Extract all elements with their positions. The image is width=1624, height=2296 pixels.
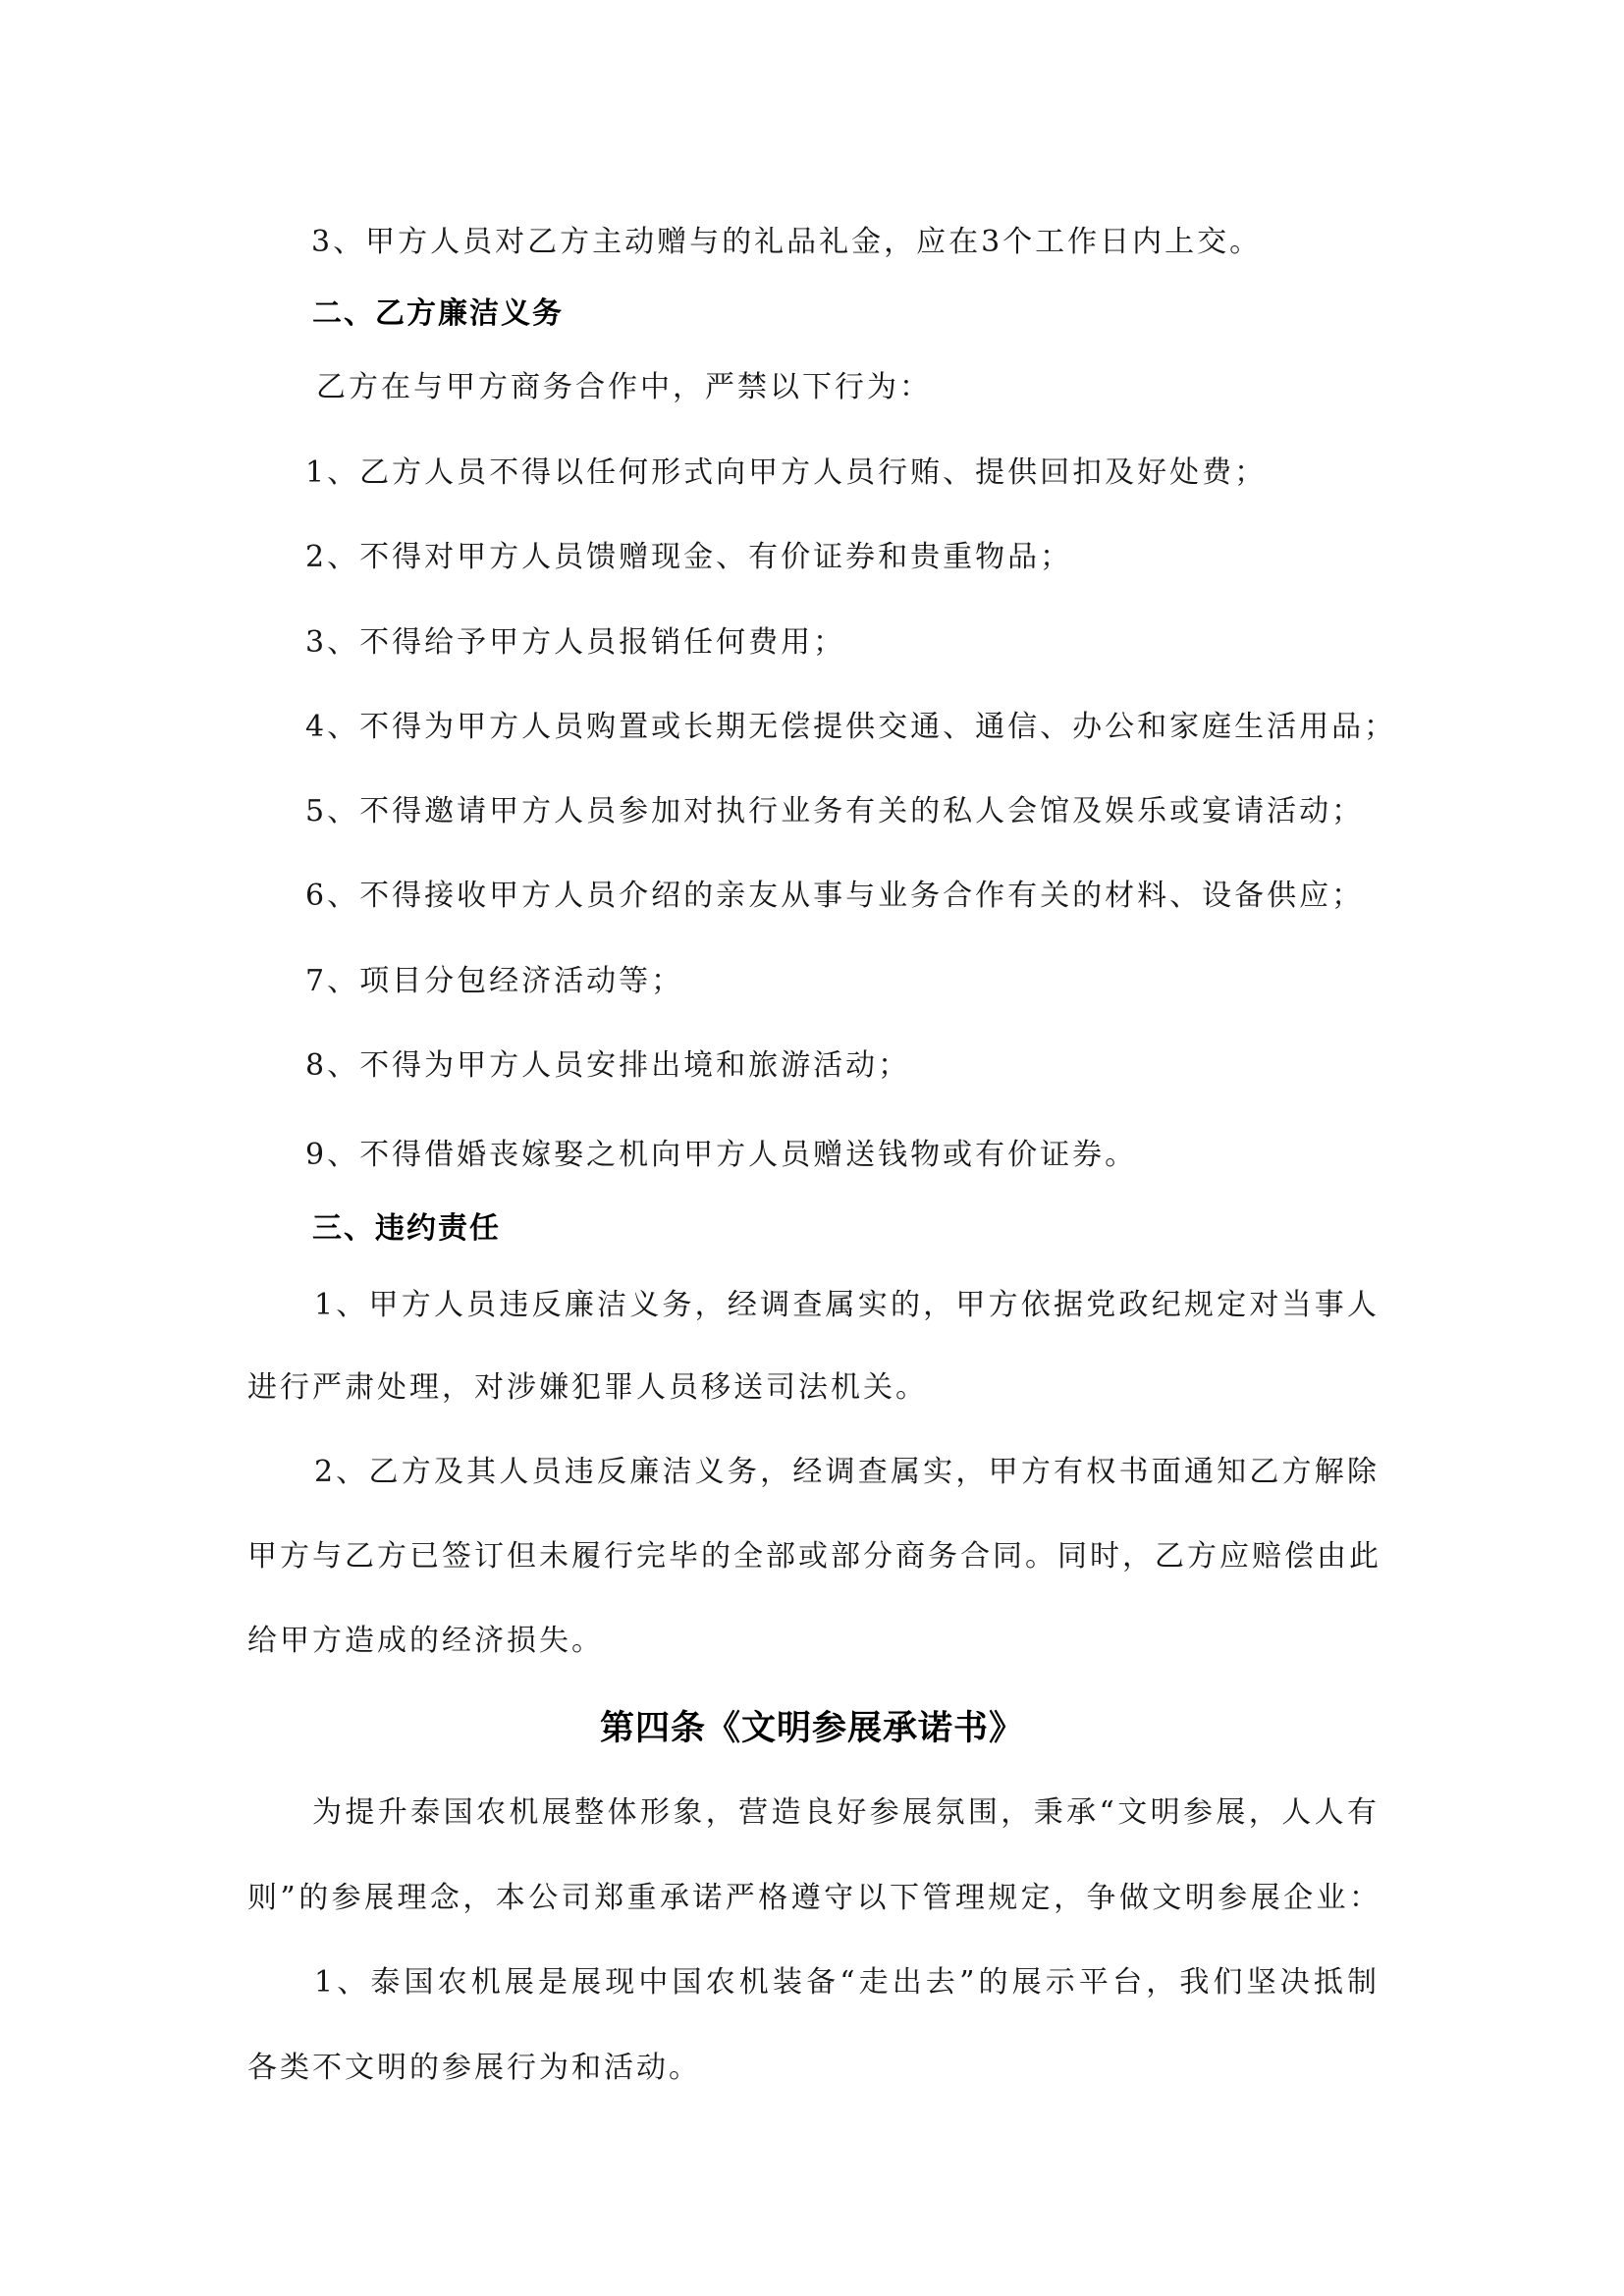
section-3-para-2-line-3: 给甲方造成的经济损失。 bbox=[247, 1622, 604, 1661]
section-2-heading: 二、乙方廉洁义务 bbox=[312, 294, 564, 334]
section-3-heading: 三、违约责任 bbox=[312, 1209, 501, 1249]
article-4-item-1-line-1: 1、泰国农机展是展现中国农机装备“走出去”的展示平台，我们坚决抵制 bbox=[314, 1963, 1380, 2002]
section-2-item: 5、不得邀请甲方人员参加对执行业务有关的私人会馆及娱乐或宴请活动； bbox=[305, 792, 1364, 831]
section-3-para-1-line-1: 1、甲方人员违反廉洁义务，经调查属实的，甲方依据党政纪规定对当事人 bbox=[314, 1286, 1380, 1325]
section-1-item-3: 3、甲方人员对乙方主动赠与的礼品礼金，应在3个工作日内上交。 bbox=[311, 223, 1262, 262]
section-2-item: 4、不得为甲方人员购置或长期无偿提供交通、通信、办公和家庭生活用品； bbox=[305, 708, 1396, 747]
section-2-item: 7、项目分包经济活动等； bbox=[305, 962, 683, 1001]
article-4-intro-line-1: 为提升泰国农机展整体形象，营造良好参展氛围，秉承“文明参展，人人有 bbox=[312, 1793, 1380, 1833]
section-3-para-2-line-1: 2、乙方及其人员违反廉洁义务，经调查属实，甲方有权书面通知乙方解除 bbox=[314, 1453, 1380, 1492]
document-page: 3、甲方人员对乙方主动赠与的礼品礼金，应在3个工作日内上交。 二、乙方廉洁义务 … bbox=[0, 0, 1624, 2296]
section-2-item: 2、不得对甲方人员馈赠现金、有价证券和贵重物品； bbox=[305, 538, 1072, 577]
section-3-para-1-line-2: 进行严肃处理，对涉嫌犯罪人员移送司法机关。 bbox=[247, 1368, 928, 1408]
section-2-intro: 乙方在与甲方商务合作中，严禁以下行为： bbox=[316, 368, 932, 407]
section-2-item: 9、不得借婚丧嫁娶之机向甲方人员赠送钱物或有价证券。 bbox=[305, 1136, 1137, 1175]
section-3-para-2-line-2: 甲方与乙方已签订但未履行完毕的全部或部分商务合同。同时，乙方应赔偿由此 bbox=[247, 1537, 1381, 1576]
section-2-item: 8、不得为甲方人员安排出境和旅游活动； bbox=[305, 1046, 910, 1086]
article-4-intro-line-2: 则”的参展理念，本公司郑重承诺严格遵守以下管理规定，争做文明参展企业： bbox=[247, 1879, 1381, 1918]
section-2-item: 6、不得接收甲方人员介绍的亲友从事与业务合作有关的材料、设备供应； bbox=[305, 877, 1364, 916]
section-2-item: 3、不得给予甲方人员报销任何费用； bbox=[305, 623, 845, 663]
article-4-title: 第四条《文明参展承诺书》 bbox=[247, 1709, 1377, 1748]
article-4-item-1-line-2: 各类不文明的参展行为和活动。 bbox=[247, 2049, 701, 2088]
section-2-item: 1、乙方人员不得以任何形式向甲方人员行贿、提供回扣及好处费； bbox=[305, 454, 1267, 493]
